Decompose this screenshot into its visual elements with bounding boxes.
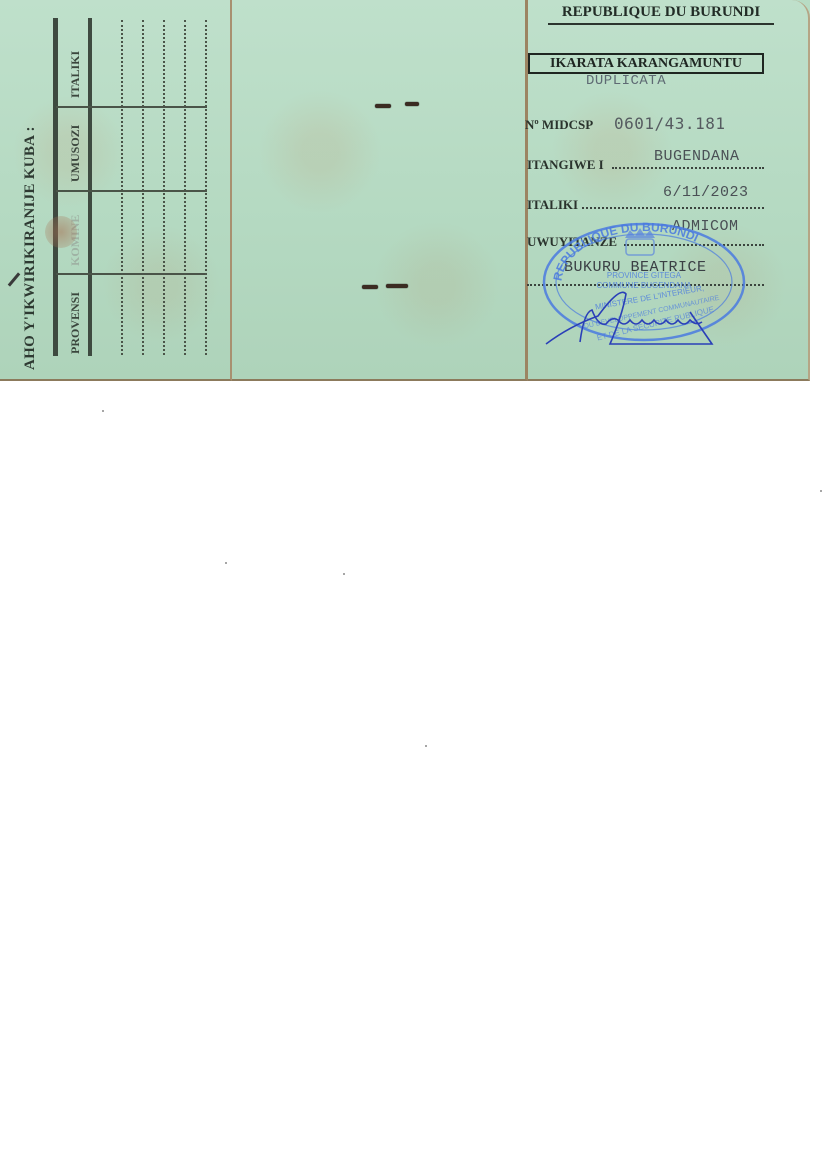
staple-icon [386, 284, 408, 288]
issued-at-label: ITANGIWE I [527, 157, 604, 173]
pen-mark [8, 272, 21, 286]
scan-speck [102, 410, 104, 412]
coat-of-arms-icon [625, 228, 655, 255]
rust-stain [45, 216, 77, 248]
table-row-line [184, 20, 186, 355]
country-title: REPUBLIQUE DU BURUNDI [548, 4, 774, 25]
column-header-italiki: ITALIKI [68, 51, 83, 98]
column-header-provensi: PROVENSI [68, 292, 83, 354]
table-border-left [53, 18, 58, 356]
stamp-line-province: PROVINCE GITEGA [607, 271, 682, 280]
identity-card: AHO Y'IKWIRIKIRANIJE KUBA : PROVENSI KOM… [0, 0, 810, 381]
scan-speck [425, 745, 427, 747]
scan-speck [820, 490, 822, 492]
staple-icon [362, 285, 378, 289]
blank-middle-panel [232, 0, 528, 381]
card-title: IKARATA KARANGAMUNTU [528, 53, 764, 74]
id-number-label: Nº MIDCSP [525, 117, 593, 133]
date-label: ITALIKI [527, 197, 578, 213]
staple-icon [405, 102, 419, 106]
date-dots [582, 207, 764, 209]
staple-icon [375, 104, 391, 108]
scan-speck [343, 573, 345, 575]
table-row-line [142, 20, 144, 355]
issued-at-value: BUGENDANA [654, 148, 740, 165]
residence-heading: AHO Y'IKWIRIKIRANIJE KUBA : [22, 126, 39, 370]
residence-history-panel: AHO Y'IKWIRIKIRANIJE KUBA : PROVENSI KOM… [0, 0, 232, 381]
column-header-umusozi: UMUSOZI [68, 125, 83, 182]
table-row-line [121, 20, 123, 355]
table-header-divider [88, 18, 92, 356]
table-row-line [205, 20, 207, 355]
official-stamp-icon: REPUBLIQUE DU BURUNDI PROVINCE GITEGA CO… [540, 216, 748, 348]
scan-speck [225, 562, 227, 564]
id-number-value: 0601/43.181 [614, 114, 725, 133]
issued-at-dots [612, 167, 764, 169]
date-value: 6/11/2023 [663, 184, 749, 201]
duplicate-stamp: DUPLICATA [586, 73, 666, 89]
table-row-line [163, 20, 165, 355]
